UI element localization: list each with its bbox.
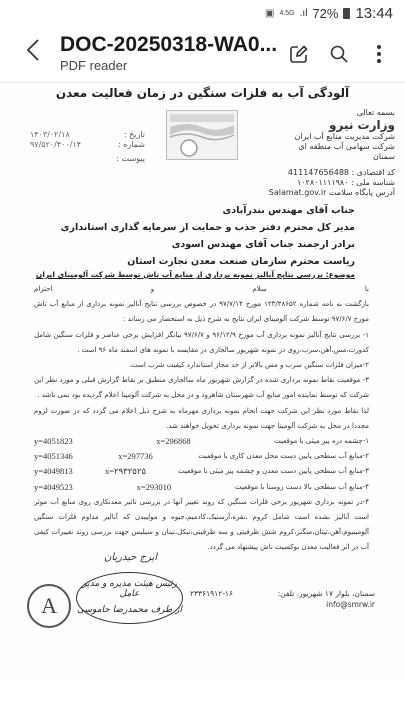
letter-meta: تاریخ :۱۴۰۳/۰۲/۱۸ شماره :۹۷/۵۲۰/۴۰۰/۱۴ پ… [30,130,145,164]
document-heading: آلودگی آب به فلزات سنگین در زمان فعالیت … [0,86,405,100]
letter-footer: سمنان، بلوار ۱۷ شهریور، تلفن: ۲۳۳۶۱۹۱۲-۱… [190,588,375,610]
footer-phone: ۲۳۳۶۱۹۱۲-۱۶ [190,588,233,599]
greeting-word: با [365,282,369,297]
location-x: x=۲۹۳۲۵۲۵ [105,464,146,479]
location-y: y=4051823 [34,434,73,449]
date-label: تاریخ : [124,130,145,140]
battery-icon [343,8,350,19]
number-value: ۹۷/۵۲۰/۴۰۰/۱۴ [30,140,81,150]
stamp-signer: از طرف محمدرضا حاموسی [77,605,182,615]
pdf-page[interactable]: آلودگی آب به فلزات سنگین در زمان فعالیت … [0,84,405,684]
notification-icon: ▣ [265,8,274,19]
ministry-name: وزارت نیرو [255,118,395,132]
document-title: DOC-20250318-WA0... [60,33,279,57]
paragraph: ۲-میزان فلزات سنگین سرب و مس بالاتر از ح… [34,358,369,373]
greeting-word: سلام [252,282,266,297]
company-name-2: شرکت سهامی آب منطقه ای [255,142,395,152]
number-label: شماره : [118,140,145,150]
sampling-location: ۴-منابع آب سطحی بالا دست روستا با موقعیت… [34,480,369,495]
location-y: y=4049813 [34,464,73,479]
edit-button[interactable] [279,44,319,64]
paragraph: ۴-در نمونه برداری شهریور برخی فلزات سنگی… [34,495,369,556]
stamp-title: رئیس هیئت مدیره و مدیر عامل [77,579,182,599]
addressee: برادر ارجمند جناب آقای مهندس اسودی [61,236,355,253]
certification-seal-icon: A [27,584,71,628]
location-y: y=4051346 [34,449,73,464]
company-city: سمنان [255,152,395,162]
more-icon [376,44,382,64]
addressee: ریاست محترم سازمان صنعت معدن تجارت استان [61,253,355,270]
greeting: با سلام و احترام [34,282,369,297]
addressees: جناب آقای مهندس بندرآبادی مدیر کل محترم … [61,202,355,270]
company-name-1: شرکت مدیریت منابع آب ایران [255,132,395,142]
location-x: x=297736 [118,449,153,464]
status-bar: ▣ 4.5G .ıl 72% 13:44 [0,0,405,26]
ministry-logo [166,110,238,160]
date-value: ۱۴۰۳/۰۲/۱۸ [30,130,70,140]
sampling-location: ۱-چشمه دره پیر میثی با موقعیتx=296868y=4… [34,434,369,449]
basmala: بسمه تعالی [255,108,395,118]
search-button[interactable] [319,44,359,64]
economic-code: کد اقتصادی : 411147656488 [255,168,395,178]
signal-icon: .ıl [300,8,308,19]
network-type: 4.5G [279,10,294,17]
back-icon[interactable] [26,38,48,69]
app-bar: DOC-20250318-WA0... PDF reader [0,26,405,81]
clock: 13:44 [355,5,393,22]
battery-level: 72% [312,6,338,21]
sampling-location: ۲-منابع آب سطحی پایین دست محل معدن کاری … [34,449,369,464]
paragraph: بازگشت به نامه شماره ۱۲۳/۳۸۶۵۲ مورخ ۹۷/۷… [34,297,369,327]
greeting-word: و [151,282,154,297]
location-x: x=293010 [137,480,172,495]
location-label: ۳-منابع آب سطحی پایین دست معدن و چشمه پی… [178,464,369,479]
signature-stamp: رئیس هیئت مدیره و مدیر عامل از طرف محمدر… [76,572,183,624]
app-subtitle: PDF reader [60,57,279,75]
location-label: ۲-منابع آب سطحی پایین دست محل معدن کاری … [198,449,369,464]
footer-email: info@smrw.ir [190,599,375,610]
national-id: شناسه ملی : ۱۰۲۸۰۱۱۱۱۹۸۰ [255,178,395,188]
addressee: جناب آقای مهندس بندرآبادی [61,202,355,219]
signatory-name: ایرج حیدریان [104,552,157,563]
health-portal: آدرس پایگاه سلامت Salamat.gov.ir [255,188,395,198]
paragraph: ۳- موقعیت نقاط نمونه برداری شده در گزارش… [34,373,369,403]
letterhead: بسمه تعالی وزارت نیرو شرکت مدیریت منابع … [255,108,395,198]
sampling-location: ۳-منابع آب سطحی پایین دست معدن و چشمه پی… [34,464,369,479]
edit-icon [289,44,309,64]
search-icon [329,44,349,64]
attachment-label: پیوست : [116,154,145,164]
location-y: y=4049523 [34,480,73,495]
appbar-divider [0,82,405,83]
addressee: مدیر کل محترم دفتر جذب و حمایت از سرمایه… [61,219,355,236]
location-label: ۱-چشمه دره پیر میثی با موقعیت [274,434,369,449]
footer-address: سمنان، بلوار ۱۷ شهریور، تلفن: [278,588,375,599]
location-x: x=296868 [156,434,191,449]
letter-subject: موضوع: بررسی نتایج آنالیز نمونه برداری ا… [36,270,355,279]
paragraph: لذا نقاط مورد نظر این شرکت جهت انجام نمو… [34,404,369,434]
paragraph: ۱- بررسی نتایج آنالیز نمونه برداری آب مو… [34,328,369,358]
more-options-button[interactable] [359,44,399,64]
letter-body: با سلام و احترام بازگشت به نامه شماره ۱۲… [34,282,369,556]
greeting-word: احترام [34,282,53,297]
location-label: ۴-منابع آب سطحی بالا دست روستا با موقعیت [235,480,369,495]
